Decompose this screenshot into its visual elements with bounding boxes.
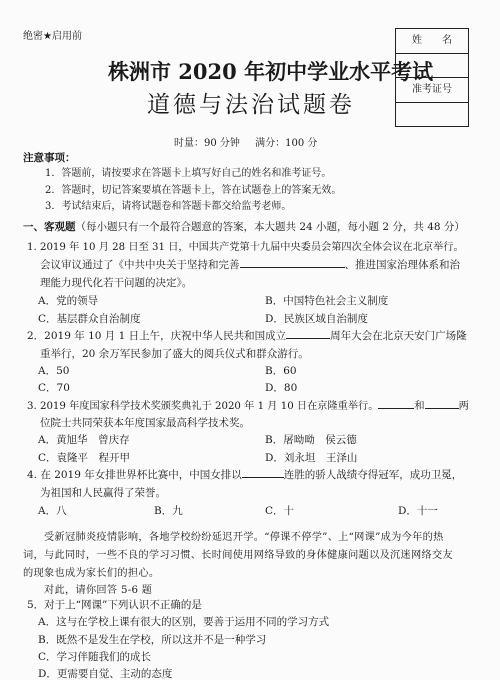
q4-option-a: A．八 [38, 503, 67, 518]
confidential-label: 绝密★启用前 [23, 27, 82, 42]
q2-option-c: C．70 [38, 380, 70, 395]
question-3-line2: 位院士共同荣获本年度国家最高科学技术奖。 [40, 415, 250, 430]
question-4-line1: 4. 在 2019 年女排世界杯比赛中，中国女排以连胜的骄人战绩夺得冠军，成功卫… [27, 467, 462, 482]
exam-duration: 时量：90 分钟 [174, 138, 240, 149]
notice-heading: 注意事项： [23, 150, 76, 165]
answer-blank [240, 257, 345, 268]
passage-line: 的现象也成为家长们的担心。 [23, 564, 159, 579]
question-3-line1: 3. 2019 年度国家科学技术奖颁奖典礼于 2020 年 1 月 10 日在京… [27, 397, 469, 412]
q3-option-c: C．袁隆平 程开甲 [38, 450, 130, 465]
question-text: 连胜的骄人战绩夺得冠军，成功卫冕， [284, 469, 463, 481]
exam-meta: 时量：90 分钟 满分：100 分 [174, 134, 317, 149]
q1-option-a: A．党的领导 [38, 293, 98, 308]
question-text: 2．2019 年 10 月 1 日上午，庆祝中华人民共和国成立 [27, 330, 286, 342]
q2-option-a: A．50 [38, 363, 69, 378]
passage-line: 词，与此同时，一些不良的学习习惯、长时间使用网络导致的身体健康问题以及沉迷网络交… [23, 546, 453, 561]
q1-option-d: D．民族区域自治制度 [265, 311, 368, 326]
question-2-line2: 重举行，20 余万军民参加了盛大的阅兵仪式和群众游行。 [40, 346, 309, 361]
q1-option-b: B．中国特色社会主义制度 [265, 293, 388, 308]
q4-option-b: B．九 [154, 503, 183, 518]
q3-option-a: A．黄旭华 曾庆存 [38, 432, 130, 447]
q3-option-b: B．屠呦呦 侯云德 [265, 432, 357, 447]
q5-option-d: D．更需要自觉、主动的态度 [38, 666, 172, 680]
question-1-line2: 会议审议通过了《中共中央关于坚持和完善、推进国家治理体系和治 [40, 257, 460, 272]
exam-id-field[interactable] [396, 103, 468, 128]
section-heading: 一、客观题（每小题只有一个最符合题意的答案，本大题共 24 小题，每小题 2 分… [23, 219, 465, 234]
q5-option-b: B．既然不是发生在学校，所以这并不是一种学习 [38, 632, 266, 647]
q5-option-c: C．学习伴随我们的成长 [38, 649, 151, 664]
notice-item: 2．答题时，切记答案要填在答题卡上，答在试题卷上的答案无效。 [45, 181, 341, 196]
exam-full-score: 满分：100 分 [255, 138, 317, 149]
passage-line: 受新冠肺炎疫情影响，各地学校纷纷延迟开学。“停课不停学”、上“网课”成为今年的热 [44, 528, 444, 543]
q3-option-d: D．刘永坦 王泽山 [265, 450, 357, 465]
passage-instruction: 对此，请你回答 5-6 题 [44, 581, 152, 596]
question-text: 和 [414, 401, 424, 412]
exam-title: 株洲市 2020 年初中学业水平考试 [108, 56, 433, 86]
q5-option-a: A．这与在学校上课有很大的区别，要善于运用不同的学习方式 [38, 614, 329, 629]
name-label: 姓 名 [396, 29, 468, 54]
question-text: 会议审议通过了《中共中央关于坚持和完善 [40, 259, 240, 271]
q1-option-c: C．基层群众自治制度 [38, 311, 141, 326]
notice-item: 1．答题前，请按要求在答题卡上填写好自己的姓名和准考证号。 [45, 164, 331, 179]
question-text: 4. 在 2019 年女排世界杯比赛中，中国女排以 [27, 469, 242, 481]
section-description: （每小题只有一个最符合题意的答案，本大题共 24 小题，每小题 2 分，共 48… [76, 221, 465, 233]
question-5-stem: 5．对于上“网课”下列认识不正确的是 [27, 597, 202, 612]
question-4-line2: 为祖国和人民赢得了荣誉。 [40, 485, 166, 500]
question-text: 两 [459, 401, 469, 412]
question-text: 、推进国家治理体系和治 [345, 259, 461, 271]
question-2-line1: 2．2019 年 10 月 1 日上午，庆祝中华人民共和国成立周年大会在北京天安… [27, 328, 467, 343]
notice-item: 3．考试结束后，请将试题卷和答题卡都交给监考老师。 [45, 197, 291, 212]
answer-blank [425, 398, 459, 409]
answer-blank [378, 398, 414, 409]
q2-option-d: D．80 [265, 380, 297, 395]
answer-blank [242, 467, 284, 478]
question-1-line3: 理能力现代化若干问题的决定》。 [40, 275, 192, 290]
question-1-line1: 1. 2019 年 10 月 28 日至 31 日，中国共产党第十九届中央委员会… [27, 238, 464, 253]
section-title: 一、客观题 [23, 221, 76, 233]
answer-blank [286, 328, 330, 339]
q4-option-c: C．十 [265, 503, 294, 518]
question-text: 周年大会在北京天安门广场隆 [330, 330, 467, 342]
question-text: 3. 2019 年度国家科学技术奖颁奖典礼于 2020 年 1 月 10 日在京… [27, 401, 378, 412]
exam-subtitle: 道德与法治试题卷 [147, 86, 355, 119]
q2-option-b: B．60 [265, 363, 297, 378]
q4-option-d: D．十一 [398, 503, 438, 518]
